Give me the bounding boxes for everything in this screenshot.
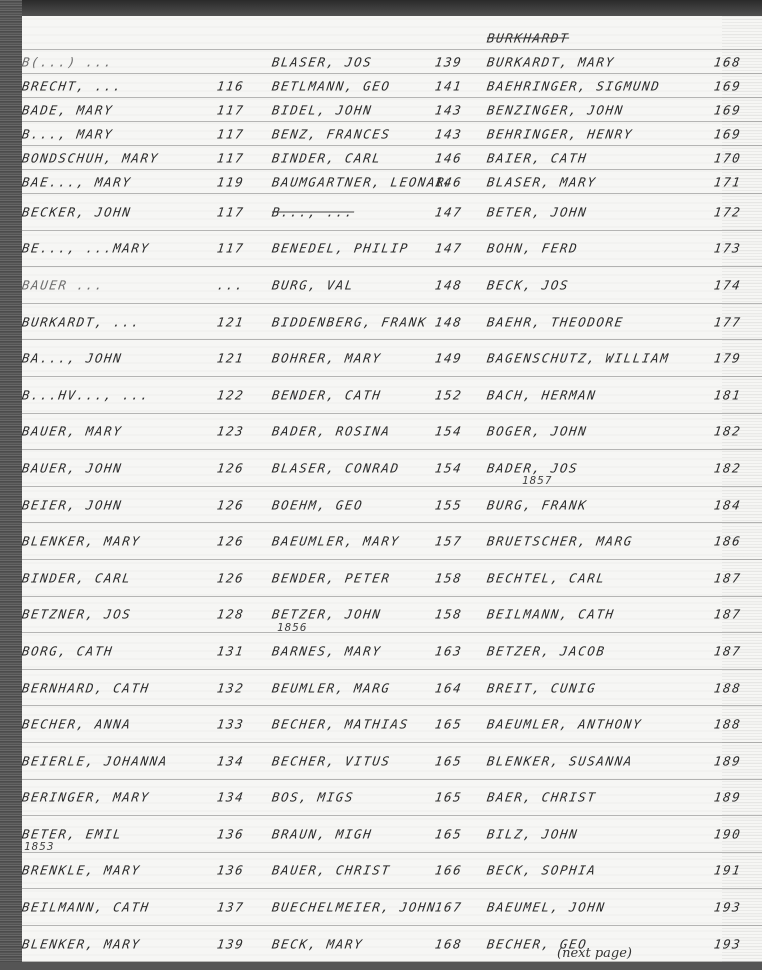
entry-page-number: 126: [216, 570, 245, 585]
entry-name: BRUETSCHER, MARG: [486, 534, 698, 549]
entry-page-number: 117: [216, 150, 245, 165]
entry-name: BLENKER, SUSANNA: [486, 753, 698, 768]
entry-page-number: 169: [713, 78, 742, 93]
ledger-row: BETER, EMIL1361853BRAUN, MIGH165BILZ, JO…: [22, 816, 762, 853]
entry-page-number: 123: [216, 424, 245, 439]
entry-name: BENEDEL, PHILIP: [271, 241, 448, 256]
entry-name: BEIER, JOHN: [21, 497, 203, 512]
entry-page-number: 181: [713, 387, 742, 402]
entry-page-number: 193: [713, 936, 742, 951]
entry-name: BETLMANN, GEO: [271, 78, 448, 93]
entry-name: B..., ...: [271, 204, 448, 219]
entry-name: BLENKER, MARY: [21, 534, 203, 549]
entry-name: B...HV..., ...: [21, 387, 203, 402]
entry-page-number: 188: [713, 717, 742, 732]
entry-name: BAUER ...: [21, 277, 203, 292]
entry-page-number: 143: [434, 102, 463, 117]
entry-name: BENZ, FRANCES: [271, 126, 448, 141]
entry-name: BAEUMEL, JOHN: [486, 900, 698, 915]
entry-name: BLENKER, MARY: [21, 936, 203, 951]
ledger-row: BEILMANN, CATH137BUECHELMEIER, JOHN167BA…: [22, 889, 762, 926]
ledger-row: B..., MARY117BENZ, FRANCES143BEHRINGER, …: [22, 122, 762, 146]
entry-page-number: 168: [434, 936, 463, 951]
entry-page-number: 166: [434, 863, 463, 878]
ledger-row: BAUER, JOHN126BLASER, CONRAD154BADER, JO…: [22, 450, 762, 487]
entry-name: BIDDENBERG, FRANK: [271, 314, 448, 329]
entry-name: BAUER, MARY: [21, 424, 203, 439]
ledger-row: BLENKER, MARY126BAEUMLER, MARY157BRUETSC…: [22, 523, 762, 560]
entry-page-number: 154: [434, 424, 463, 439]
entry-name: BECHER, ANNA: [21, 717, 203, 732]
entry-name: BONDSCHUH, MARY: [21, 150, 203, 165]
entry-name: BECHER, MATHIAS: [271, 717, 448, 732]
entry-name: BLASER, MARY: [486, 174, 698, 189]
entry-name: BAER, CHRIST: [486, 790, 698, 805]
entry-name: BAUER, JOHN: [21, 460, 203, 475]
entry-page-number: 146: [434, 150, 463, 165]
entry-name: BENDER, CATH: [271, 387, 448, 402]
entry-page-number: 126: [216, 497, 245, 512]
entry-page-number: 121: [216, 351, 245, 366]
entry-name: BARNES, MARY: [271, 643, 448, 658]
entry-name: BADER, ROSINA: [271, 424, 448, 439]
entry-page-number: 169: [713, 102, 742, 117]
entry-page-number: 132: [216, 680, 245, 695]
entry-name: BERINGER, MARY: [21, 790, 203, 805]
entry-page-number: 139: [434, 54, 463, 69]
entry-page-number: 188: [713, 680, 742, 695]
entry-page-number: 158: [434, 570, 463, 585]
entry-page-number: 117: [216, 241, 245, 256]
entry-page-number: 174: [713, 277, 742, 292]
entry-page-number: 187: [713, 607, 742, 622]
entry-name: BAEHRINGER, SIGMUND: [486, 78, 698, 93]
ledger-row: BURKHARDT: [22, 26, 762, 50]
entry-page-number: 126: [216, 534, 245, 549]
entry-name: BURKARDT, ...: [21, 314, 203, 329]
entry-page-number: 177: [713, 314, 742, 329]
entry-name: BAIER, CATH: [486, 150, 698, 165]
entry-name: BAUER, CHRIST: [271, 863, 448, 878]
entry-name: BENDER, PETER: [271, 570, 448, 585]
ledger-row: B(...) ...BLASER, JOS139BURKARDT, MARY16…: [22, 50, 762, 74]
entry-page-number: 147: [434, 204, 463, 219]
ledger-row: BECKER, JOHN117B..., ...147BETER, JOHN17…: [22, 194, 762, 231]
entry-page-number: 187: [713, 570, 742, 585]
ledger-row: BADE, MARY117BIDEL, JOHN143BENZINGER, JO…: [22, 98, 762, 122]
entry-page-number: 152: [434, 387, 463, 402]
entry-page-number: 190: [713, 826, 742, 841]
entry-name: BAUMGARTNER, LEONARD: [271, 174, 448, 189]
entry-page-number: 154: [434, 460, 463, 475]
entry-name: BEILMANN, CATH: [21, 900, 203, 915]
ledger-row: BRECHT, ...116BETLMANN, GEO141BAEHRINGER…: [22, 74, 762, 98]
entry-name: BETZNER, JOS: [21, 607, 203, 622]
ledger-row: BECHER, ANNA133BECHER, MATHIAS165BAEUMLE…: [22, 706, 762, 743]
entry-page-number: 187: [713, 643, 742, 658]
entry-name: BURG, FRANK: [486, 497, 698, 512]
entry-page-number: ...: [216, 277, 245, 292]
entry-page-number: 182: [713, 460, 742, 475]
entry-page-number: 137: [216, 900, 245, 915]
entry-page-number: 165: [434, 826, 463, 841]
entry-name: BURKARDT, MARY: [486, 54, 698, 69]
entry-page-number: 141: [434, 78, 463, 93]
entry-page-number: 133: [216, 717, 245, 732]
entry-name: BOEHM, GEO: [271, 497, 448, 512]
entry-page-number: 126: [216, 460, 245, 475]
entry-page-number: 168: [713, 54, 742, 69]
entry-name: BAEUMLER, MARY: [271, 534, 448, 549]
scan-left-border: [0, 0, 22, 970]
entry-page-number: 148: [434, 277, 463, 292]
ledger-row: B...HV..., ...122BENDER, CATH152BACH, HE…: [22, 377, 762, 414]
entry-page-number: 189: [713, 790, 742, 805]
entry-page-number: 189: [713, 753, 742, 768]
entry-name: BREIT, CUNIG: [486, 680, 698, 695]
entry-name: BECHTEL, CARL: [486, 570, 698, 585]
ledger-row: BRENKLE, MARY136BAUER, CHRIST166BECK, SO…: [22, 853, 762, 890]
entry-name: BADE, MARY: [21, 102, 203, 117]
entry-name: B(...) ...: [21, 54, 203, 69]
entry-name: BURKHARDT: [486, 30, 698, 45]
entry-page-number: 136: [216, 826, 245, 841]
entry-page-number: 165: [434, 717, 463, 732]
entry-name: BOS, MIGS: [271, 790, 448, 805]
entry-page-number: 143: [434, 126, 463, 141]
entry-name: BINDER, CARL: [21, 570, 203, 585]
entry-page-number: 149: [434, 351, 463, 366]
entry-page-number: 171: [713, 174, 742, 189]
entry-name: BEHRINGER, HENRY: [486, 126, 698, 141]
entry-name: BRAUN, MIGH: [271, 826, 448, 841]
entry-page-number: 119: [216, 174, 245, 189]
ledger-page: BURKHARDTB(...) ...BLASER, JOS139BURKARD…: [22, 16, 762, 962]
entry-page-number: 193: [713, 900, 742, 915]
ledger-row: BAUER, MARY123BADER, ROSINA154BOGER, JOH…: [22, 414, 762, 451]
entry-page-number: 134: [216, 753, 245, 768]
entry-name: BOHRER, MARY: [271, 351, 448, 366]
entry-page-number: 173: [713, 241, 742, 256]
entry-name: BECHER, VITUS: [271, 753, 448, 768]
ledger-row: BEIER, JOHN126BOEHM, GEO155BURG, FRANK18…: [22, 487, 762, 524]
entry-name: BURG, VAL: [271, 277, 448, 292]
entry-page-number: 165: [434, 753, 463, 768]
entry-page-number: 182: [713, 424, 742, 439]
entry-page-number: 172: [713, 204, 742, 219]
entry-page-number: 169: [713, 126, 742, 141]
entry-page-number: 167: [434, 900, 463, 915]
year-annotation: 1853: [24, 840, 55, 853]
entry-page-number: 157: [434, 534, 463, 549]
entry-name: BECKER, JOHN: [21, 204, 203, 219]
entry-name: BILZ, JOHN: [486, 826, 698, 841]
ledger-row: BONDSCHUH, MARY117BINDER, CARL146BAIER, …: [22, 146, 762, 170]
entry-page-number: 164: [434, 680, 463, 695]
entry-page-number: 134: [216, 790, 245, 805]
entry-name: BERNHARD, CATH: [21, 680, 203, 695]
year-annotation: 1856: [277, 621, 308, 634]
entry-page-number: 186: [713, 534, 742, 549]
entry-name: BAE..., MARY: [21, 174, 203, 189]
next-page-note: (next page): [557, 946, 632, 961]
entry-name: BINDER, CARL: [271, 150, 448, 165]
ledger-row: BE..., ...MARY117BENEDEL, PHILIP147BOHN,…: [22, 231, 762, 268]
entry-name: BUECHELMEIER, JOHN: [271, 900, 448, 915]
entry-name: BACH, HERMAN: [486, 387, 698, 402]
ledger-row: BERINGER, MARY134BOS, MIGS165BAER, CHRIS…: [22, 780, 762, 817]
entry-name: B..., MARY: [21, 126, 203, 141]
ledger-row: BLENKER, MARY139BECK, MARY168BECHER, GEO…: [22, 926, 762, 963]
entry-name: BAEUMLER, ANTHONY: [486, 717, 698, 732]
entry-name: BA..., JOHN: [21, 351, 203, 366]
ledger-row: BA..., JOHN121BOHRER, MARY149BAGENSCHUTZ…: [22, 340, 762, 377]
entry-name: BEUMLER, MARG: [271, 680, 448, 695]
entry-page-number: 184: [713, 497, 742, 512]
entry-name: BECK, JOS: [486, 277, 698, 292]
entry-page-number: 117: [216, 204, 245, 219]
entry-name: BRENKLE, MARY: [21, 863, 203, 878]
entry-page-number: 122: [216, 387, 245, 402]
ledger-row: BORG, CATH131BARNES, MARY163BETZER, JACO…: [22, 633, 762, 670]
ledger-row: BAUER ......BURG, VAL148BECK, JOS174: [22, 267, 762, 304]
ledger-row: BERNHARD, CATH132BEUMLER, MARG164BREIT, …: [22, 670, 762, 707]
entry-name: BAGENSCHUTZ, WILLIAM: [486, 351, 698, 366]
entry-page-number: 139: [216, 936, 245, 951]
ledger-row: BEIERLE, JOHANNA134BECHER, VITUS165BLENK…: [22, 743, 762, 780]
entry-page-number: 191: [713, 863, 742, 878]
entry-page-number: 165: [434, 790, 463, 805]
entry-name: BLASER, JOS: [271, 54, 448, 69]
entry-page-number: 146: [434, 174, 463, 189]
entry-name: BADER, JOS: [486, 460, 698, 475]
entry-page-number: 117: [216, 102, 245, 117]
entry-page-number: 163: [434, 643, 463, 658]
entry-name: BORG, CATH: [21, 643, 203, 658]
entry-page-number: 116: [216, 78, 245, 93]
entry-page-number: 179: [713, 351, 742, 366]
scan-bottom-border: [0, 962, 762, 970]
entry-page-number: 121: [216, 314, 245, 329]
entry-name: BETZER, JACOB: [486, 643, 698, 658]
entry-page-number: 136: [216, 863, 245, 878]
entry-name: BLASER, CONRAD: [271, 460, 448, 475]
entry-name: BEIERLE, JOHANNA: [21, 753, 203, 768]
entry-name: BIDEL, JOHN: [271, 102, 448, 117]
entry-name: BECK, MARY: [271, 936, 448, 951]
ledger-row: BINDER, CARL126BENDER, PETER158BECHTEL, …: [22, 560, 762, 597]
entry-name: BE..., ...MARY: [21, 241, 203, 256]
entry-page-number: 147: [434, 241, 463, 256]
ledger-row: BURKARDT, ...121BIDDENBERG, FRANK148BAEH…: [22, 304, 762, 341]
entry-name: BAEHR, THEODORE: [486, 314, 698, 329]
entry-name: BOGER, JOHN: [486, 424, 698, 439]
entry-page-number: 155: [434, 497, 463, 512]
entry-name: BRECHT, ...: [21, 78, 203, 93]
entry-name: BOHN, FERD: [486, 241, 698, 256]
entry-page-number: 117: [216, 126, 245, 141]
entry-page-number: 158: [434, 607, 463, 622]
entry-page-number: 131: [216, 643, 245, 658]
year-annotation: 1857: [522, 474, 553, 487]
ledger-index: BURKHARDTB(...) ...BLASER, JOS139BURKARD…: [22, 26, 762, 962]
entry-page-number: 148: [434, 314, 463, 329]
ledger-row: BETZNER, JOS128BETZER, JOHN1581856BEILMA…: [22, 597, 762, 634]
entry-name: BECK, SOPHIA: [486, 863, 698, 878]
entry-name: BEILMANN, CATH: [486, 607, 698, 622]
entry-name: BETER, JOHN: [486, 204, 698, 219]
entry-name: BENZINGER, JOHN: [486, 102, 698, 117]
entry-page-number: 170: [713, 150, 742, 165]
entry-page-number: 128: [216, 607, 245, 622]
ledger-row: BAE..., MARY119BAUMGARTNER, LEONARD146BL…: [22, 170, 762, 194]
